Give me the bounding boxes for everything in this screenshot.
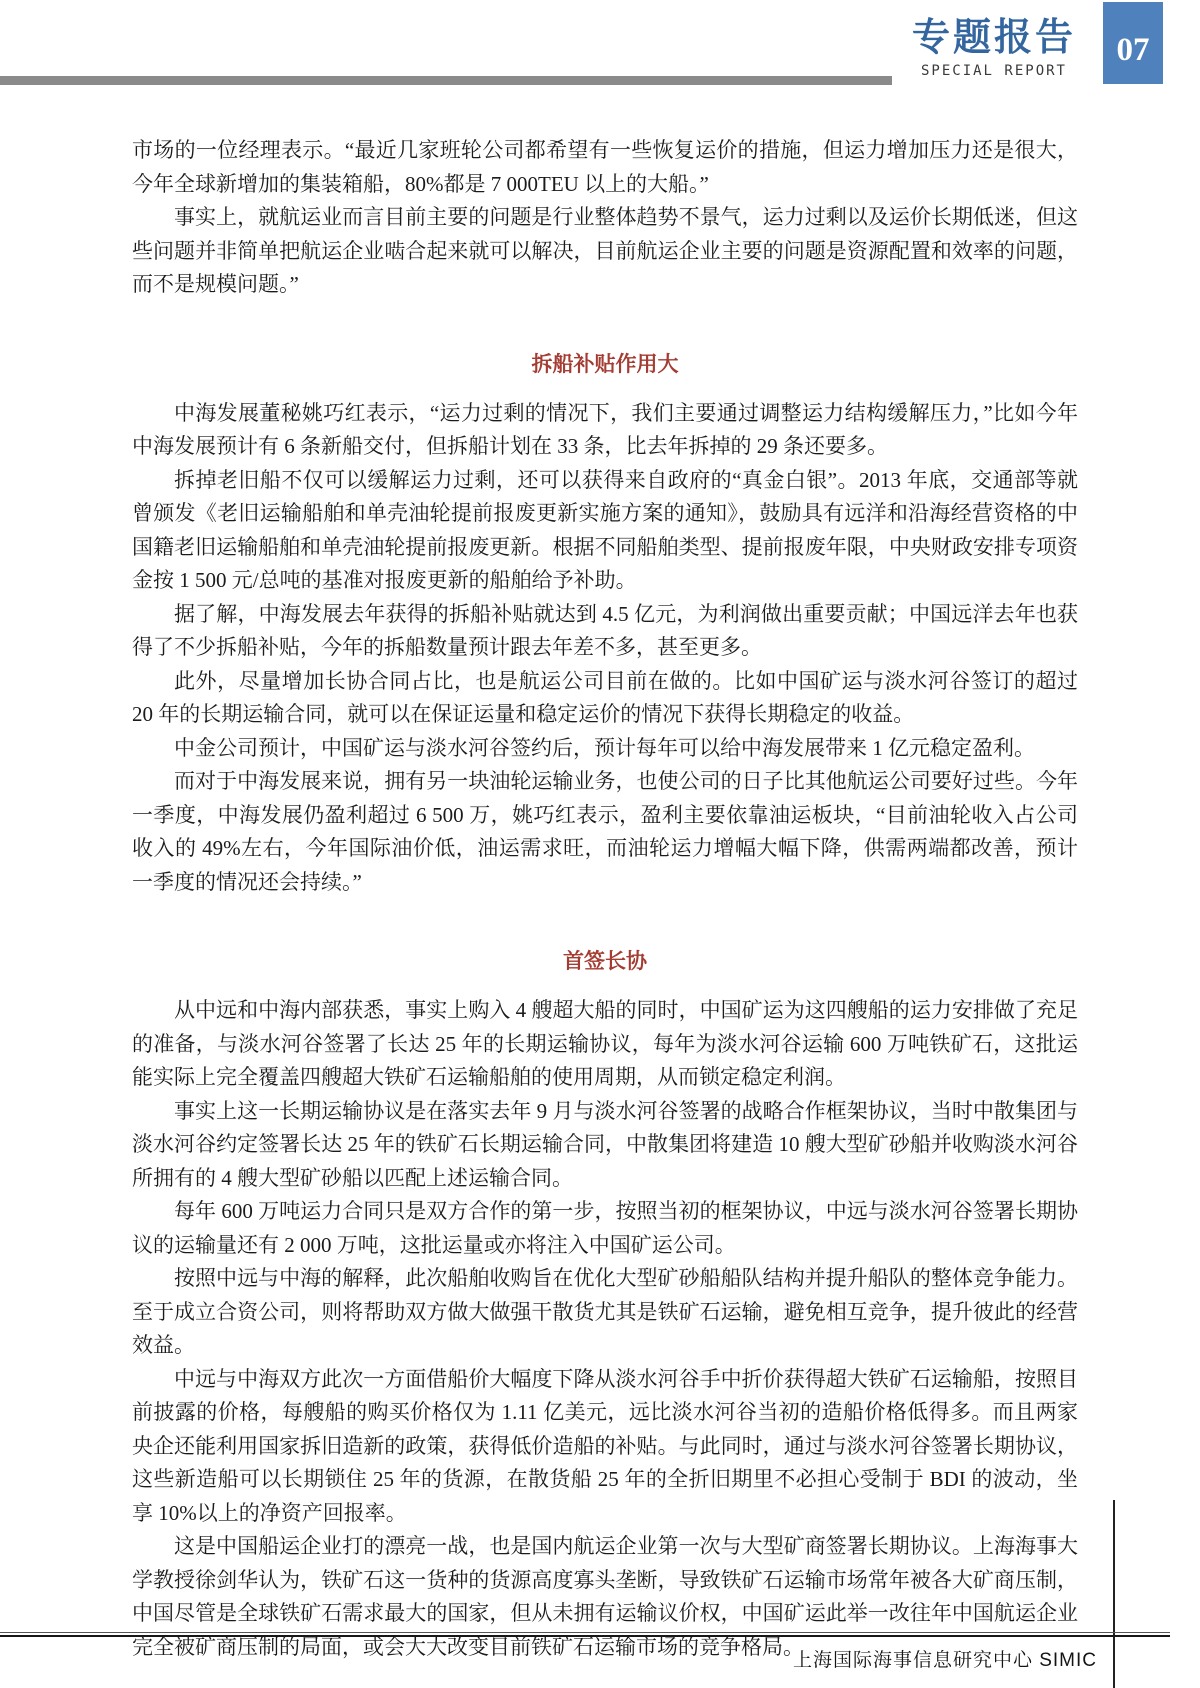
section-heading: 拆船补贴作用大 (132, 352, 1078, 377)
paragraph: 从中远和中海内部获悉，事实上购入 4 艘超大船的同时，中国矿运为这四艘船的运力安… (132, 994, 1078, 1095)
paragraph: 每年 600 万吨运力合同只是双方合作的第一步，按照当初的框架协议，中远与淡水河… (132, 1195, 1078, 1262)
right-vertical-rule (1113, 1500, 1115, 1688)
page-subtitle: SPECIAL REPORT (858, 63, 1130, 79)
paragraph: 中金公司预计，中国矿运与淡水河谷签约后，预计每年可以给中海发展带来 1 亿元稳定… (132, 732, 1078, 766)
page-number: 07 (1117, 18, 1150, 69)
paragraph: 中远与中海双方此次一方面借船价大幅度下降从淡水河谷手中折价获得超大铁矿石运输船，… (132, 1363, 1078, 1531)
article-body: 市场的一位经理表示。“最近几家班轮公司都希望有一些恢复运价的措施，但运力增加压力… (132, 134, 1078, 1664)
paragraph: 事实上，就航运业而言目前主要的问题是行业整体趋势不景气，运力过剩以及运价长期低迷… (132, 201, 1078, 302)
page-title: 专题报告 (858, 18, 1130, 60)
paragraph: 此外，尽量增加长协合同占比，也是航运公司目前在做的。比如中国矿运与淡水河谷签订的… (132, 665, 1078, 732)
header-title-block: 专题报告 SPECIAL REPORT (858, 18, 1130, 79)
paragraph: 市场的一位经理表示。“最近几家班轮公司都希望有一些恢复运价的措施，但运力增加压力… (132, 134, 1078, 201)
paragraph: 而对于中海发展来说，拥有另一块油轮运输业务，也使公司的日子比其他航运公司要好过些… (132, 765, 1078, 899)
paragraph: 按照中远与中海的解释，此次船舶收购旨在优化大型矿砂船船队结构并提升船队的整体竞争… (132, 1262, 1078, 1363)
page-number-box: 07 (1103, 2, 1163, 84)
header-gray-bar (0, 76, 892, 85)
paragraph: 据了解，中海发展去年获得的拆船补贴就达到 4.5 亿元，为利润做出重要贡献；中国… (132, 598, 1078, 665)
paragraph: 中海发展董秘姚巧红表示，“运力过剩的情况下，我们主要通过调整运力结构缓解压力，”… (132, 397, 1078, 464)
footer-organization: 上海国际海事信息研究中心 SIMIC (0, 1645, 1097, 1672)
paragraph: 事实上这一长期运输协议是在落实去年 9 月与淡水河谷签署的战略合作框架协议，当时… (132, 1095, 1078, 1196)
report-page: 专题报告 SPECIAL REPORT 07 市场的一位经理表示。“最近几家班轮… (0, 0, 1200, 1688)
section-heading: 首签长协 (132, 949, 1078, 974)
footer-rule (0, 1632, 1170, 1637)
paragraph: 拆掉老旧船不仅可以缓解运力过剩，还可以获得来自政府的“真金白银”。2013 年底… (132, 464, 1078, 598)
